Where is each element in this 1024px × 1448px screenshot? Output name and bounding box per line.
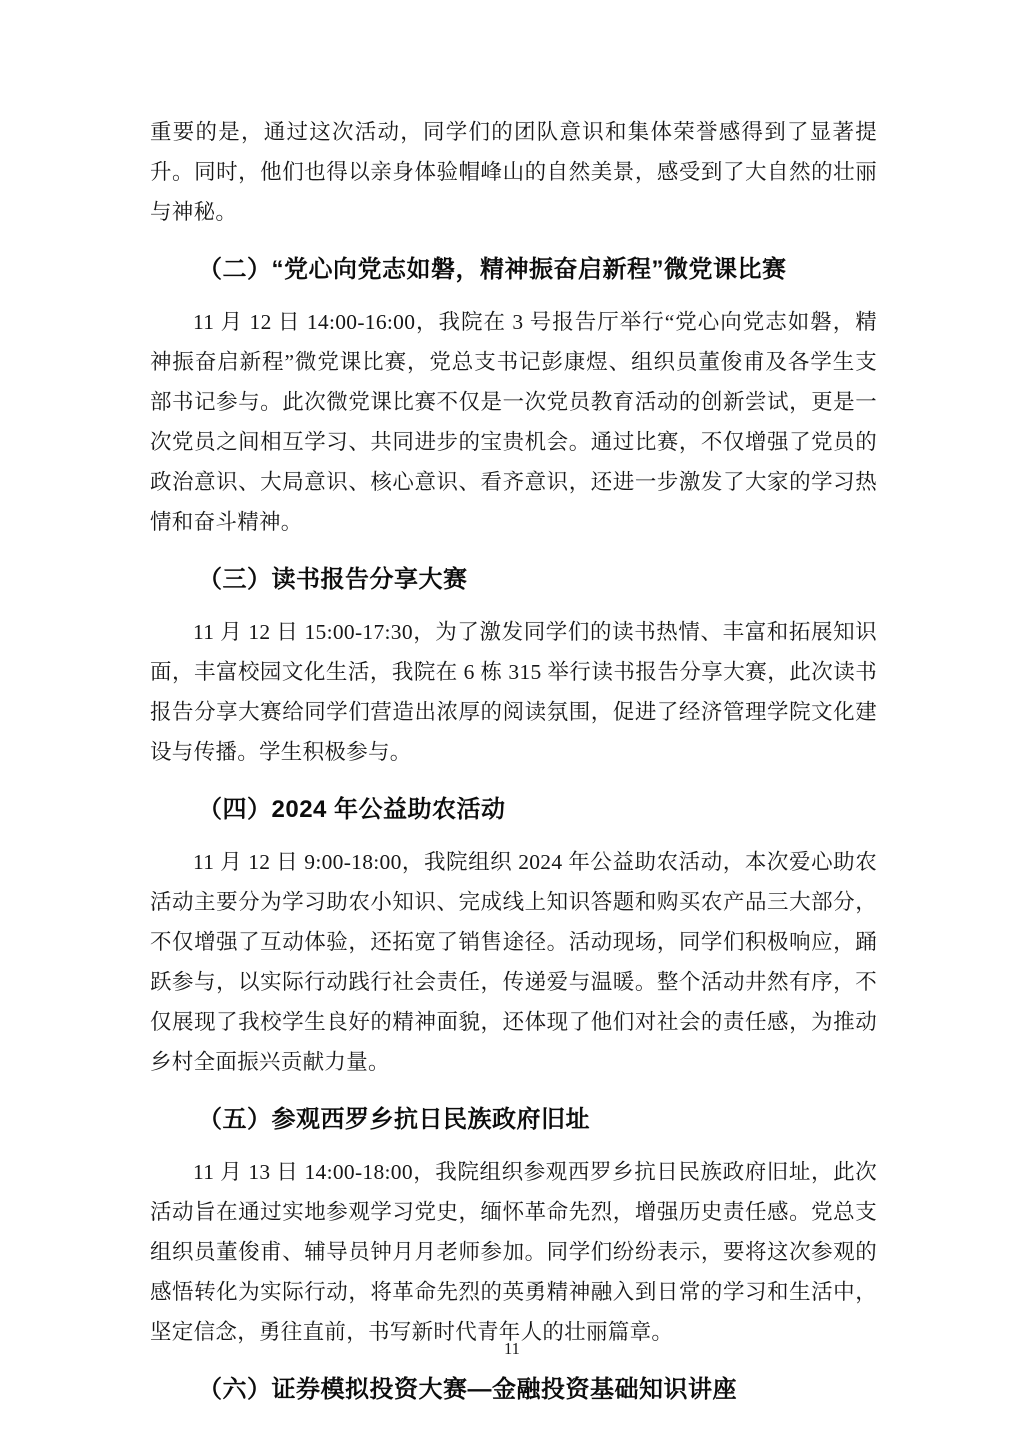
section-paragraph-3: 11 月 12 日 15:00-17:30，为了激发同学们的读书热情、丰富和拓展… xyxy=(150,612,877,772)
document-page: 重要的是，通过这次活动，同学们的团队意识和集体荣誉感得到了显著提升。同时，他们也… xyxy=(0,0,1024,1448)
section-heading-6: （六）证券模拟投资大赛—金融投资基础知识讲座 xyxy=(150,1370,877,1410)
section-paragraph-5: 11 月 13 日 14:00-18:00，我院组织参观西罗乡抗日民族政府旧址，… xyxy=(150,1152,877,1352)
section-heading-4: （四）2024 年公益助农活动 xyxy=(150,790,877,830)
page-number: 11 xyxy=(0,1339,1024,1359)
page-content: 重要的是，通过这次活动，同学们的团队意识和集体荣誉感得到了显著提升。同时，他们也… xyxy=(0,0,1024,1410)
section-heading-3: （三）读书报告分享大赛 xyxy=(150,560,877,600)
section-heading-5: （五）参观西罗乡抗日民族政府旧址 xyxy=(150,1100,877,1140)
section-paragraph-2: 11 月 12 日 14:00-16:00，我院在 3 号报告厅举行“党心向党志… xyxy=(150,302,877,542)
intro-paragraph: 重要的是，通过这次活动，同学们的团队意识和集体荣誉感得到了显著提升。同时，他们也… xyxy=(150,112,877,232)
section-paragraph-4: 11 月 12 日 9:00-18:00，我院组织 2024 年公益助农活动，本… xyxy=(150,842,877,1082)
section-heading-2: （二）“党心向党志如磐，精神振奋启新程”微党课比赛 xyxy=(150,250,877,290)
